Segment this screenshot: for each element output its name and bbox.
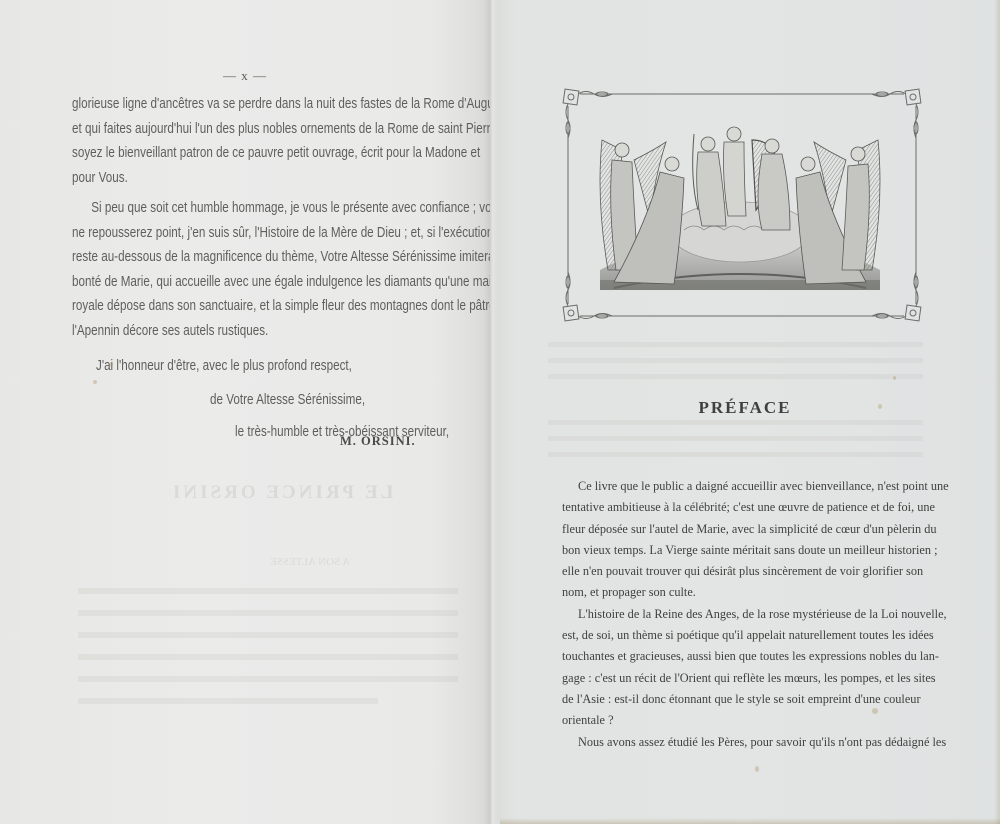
text-line: pour Vous. [72,166,467,191]
text-line: ne repousserez point, j'en suis sûr, l'H… [72,221,467,246]
text-line: bonté de Marie, qui accueille avec une é… [72,270,467,295]
preface-paragraph-1: Ce livre que le public a daigné accueill… [562,476,918,604]
text-line: et qui faites aujourd'hui l'un des plus … [72,117,467,142]
show-through-subheading: A SON ALTESSE [270,556,350,568]
angels-illustration-icon [594,120,886,292]
text-line: touchantes et gracieuses, aussi bien que… [562,646,918,667]
closing-line-1: J'ai l'honneur d'être, avec le plus prof… [96,358,352,374]
closing-line-2: de Votre Altesse Sérénissime, [210,392,365,408]
text-line: Si peu que soit cet humble hommage, je v… [72,196,467,221]
text-line: de l'Asie : est-il donc étonnant que le … [562,689,918,710]
text-line: orientale ? [562,710,918,731]
text-line: nom, et propager son culte. [562,582,918,603]
text-line: reste au-dessous de la magnificence du t… [72,245,467,270]
foxing-spot [893,376,896,380]
foxing-spot [93,380,97,384]
angels-engraving [594,120,886,292]
text-line: elle n'en pouvait trouver qui désirât pl… [562,561,918,582]
text-line: l'Apennin décore ses autels rustiques. [72,319,467,344]
text-line: royale dépose dans son sanctuaire, et la… [72,294,467,319]
foxing-spot [755,766,759,772]
foxing-spot [872,708,878,714]
foxing-spot [878,404,882,409]
text-line: glorieuse ligne d'ancêtres va se perdre … [72,92,467,117]
text-line: L'histoire de la Reine des Anges, de la … [562,604,918,625]
text-line: fleur déposée sur l'autel de Marie, avec… [562,519,918,540]
signature: M. ORSINI. [340,434,416,449]
text-line: tentative ambitieuse à la célébrité; c'e… [562,497,918,518]
book-spread: LE PRINCE ORSINI A SON ALTESSE — x — glo… [0,0,1000,824]
show-through-heading: LE PRINCE ORSINI [170,482,393,504]
preface-paragraph-2: L'histoire de la Reine des Anges, de la … [562,604,918,732]
preface-title: PRÉFACE [490,398,1000,418]
page-number: — x — [0,68,490,84]
page-edge [500,818,1000,824]
text-line: Nous avons assez étudié les Pères, pour … [562,732,918,753]
preface-paragraph-3: Nous avons assez étudié les Pères, pour … [562,732,918,753]
dedication-paragraph-1: glorieuse ligne d'ancêtres va se perdre … [72,92,388,190]
foxing-spot [110,362,113,367]
text-line: bon vieux temps. La Vierge sainte mérita… [562,540,918,561]
preface-body: Ce livre que le public a daigné accueill… [562,476,918,753]
left-page: LE PRINCE ORSINI A SON ALTESSE — x — glo… [0,0,490,824]
text-line: est, de soi, un thème si poétique qu'il … [562,625,918,646]
dedication-paragraph-2: Si peu que soit cet humble hommage, je v… [72,196,388,344]
text-line: soyez le bienveillant patron de ce pauvr… [72,141,467,166]
text-line: Ce livre que le public a daigné accueill… [562,476,918,497]
text-line: gage : c'est un récit de l'Orient qui re… [562,668,918,689]
